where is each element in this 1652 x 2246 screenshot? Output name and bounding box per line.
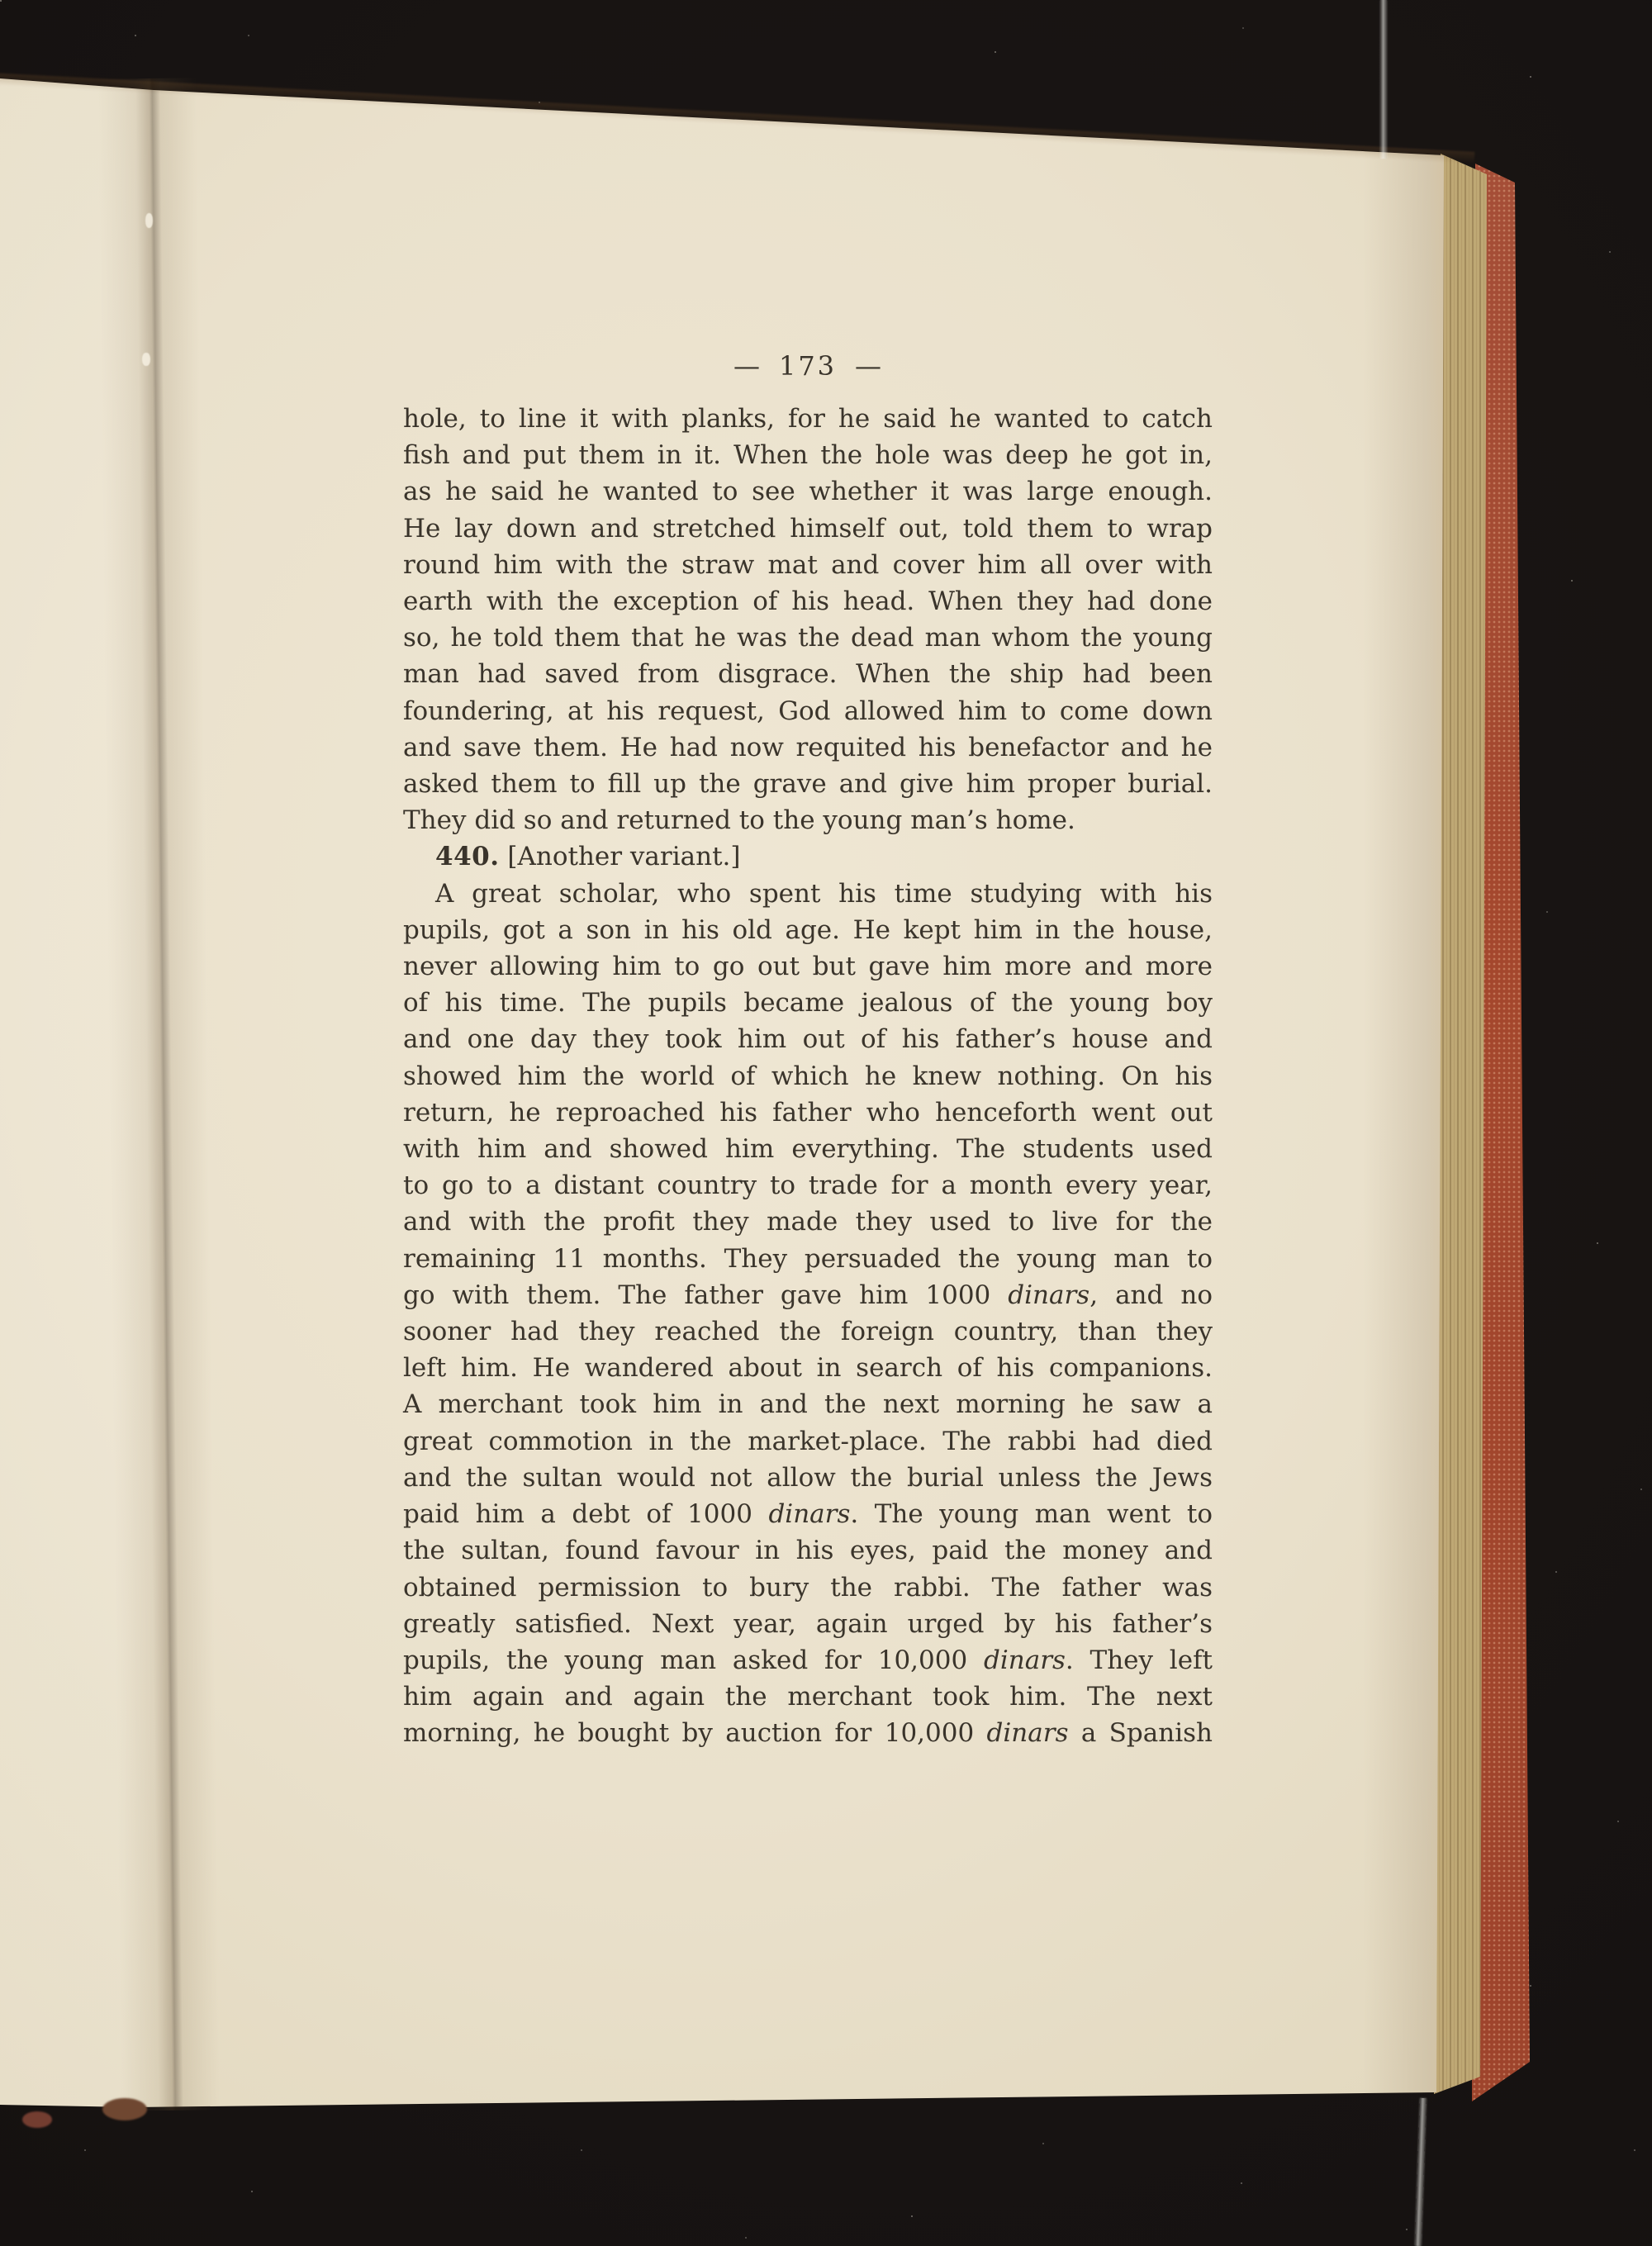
text-line: great commotion in the market-place. The… — [403, 1423, 1213, 1460]
text-line: greatly satisfied. Next year, again urge… — [403, 1606, 1213, 1642]
text-line: fish and put them in it. When the hole w… — [403, 437, 1213, 473]
text-segment: and the sultan would not allow the buria… — [403, 1463, 1213, 1493]
text-segment: go with them. The father gave him 1000 — [403, 1280, 1008, 1310]
text-line: sooner had they reached the foreign coun… — [403, 1313, 1213, 1350]
text-segment: return, he reproached his father who hen… — [403, 1098, 1213, 1128]
text-segment: and save them. He had now requited his b… — [403, 733, 1213, 762]
text-line: They did so and returned to the young ma… — [403, 802, 1213, 838]
text-segment: left him. He wandered about in search of… — [403, 1353, 1213, 1383]
text-segment: morning, he bought by auction for 10,000 — [403, 1718, 987, 1748]
text-line: A great scholar, who spent his time stud… — [403, 876, 1213, 912]
text-segment: showed him the world of which he knew no… — [403, 1061, 1213, 1091]
text-segment: sooner had they reached the foreign coun… — [403, 1317, 1213, 1346]
text-line: morning, he bought by auction for 10,000… — [403, 1715, 1213, 1751]
binding-tailband — [102, 2098, 147, 2120]
header-dash-left: — — [733, 350, 761, 382]
text-segment: round him with the straw mat and cover h… — [403, 550, 1213, 580]
text-line: pupils, the young man asked for 10,000 d… — [403, 1642, 1213, 1679]
text-line: to go to a distant country to trade for … — [403, 1167, 1213, 1204]
page-holder-strip-top — [1380, 0, 1387, 159]
text-line: A merchant took him in and the next morn… — [403, 1386, 1213, 1422]
text-line: hole, to line it with planks, for he sai… — [403, 401, 1213, 437]
text-segment: pupils, got a son in his old age. He kep… — [403, 915, 1213, 945]
text-line: showed him the world of which he knew no… — [403, 1058, 1213, 1095]
header-dash-right: — — [855, 350, 882, 382]
text-line: and one day they took him out of his fat… — [403, 1021, 1213, 1057]
text-line: remaining 11 months. They persuaded the … — [403, 1241, 1213, 1277]
text-segment: man had saved from disgrace. When the sh… — [403, 659, 1213, 689]
text-segment: asked them to fill up the grave and give… — [403, 769, 1213, 799]
text-line: left him. He wandered about in search of… — [403, 1350, 1213, 1386]
binding-thread — [145, 213, 153, 228]
text-line: go with them. The father gave him 1000 d… — [403, 1277, 1213, 1313]
text-segment: A great scholar, who spent his time stud… — [435, 879, 1213, 909]
text-segment: obtained permission to bury the rabbi. T… — [403, 1573, 1213, 1603]
text-line: return, he reproached his father who hen… — [403, 1095, 1213, 1131]
text-segment: fish and put them in it. When the hole w… — [403, 440, 1213, 470]
text-line: round him with the straw mat and cover h… — [403, 547, 1213, 583]
text-segment: and with the profit they made they used … — [403, 1207, 1213, 1237]
text-line: man had saved from disgrace. When the sh… — [403, 656, 1213, 692]
text-line: paid him a debt of 1000 dinars. The youn… — [403, 1496, 1213, 1532]
dust-specks — [0, 0, 2, 2]
text-segment: dinars — [987, 1718, 1069, 1748]
text-line: and the sultan would not allow the buria… — [403, 1460, 1213, 1496]
text-segment: hole, to line it with planks, for he sai… — [403, 404, 1213, 434]
text-line: so, he told them that he was the dead ma… — [403, 620, 1213, 656]
text-segment: a Spanish — [1068, 1718, 1213, 1748]
text-segment: with him and showed him everything. The … — [403, 1134, 1213, 1164]
text-line: and save them. He had now requited his b… — [403, 729, 1213, 766]
text-line: him again and again the merchant took hi… — [403, 1679, 1213, 1715]
text-block: hole, to line it with planks, for he sai… — [403, 401, 1213, 1752]
text-line: and with the profit they made they used … — [403, 1204, 1213, 1240]
text-line: the sultan, found favour in his eyes, pa… — [403, 1532, 1213, 1569]
text-segment: greatly satisfied. Next year, again urge… — [403, 1609, 1213, 1639]
text-line: with him and showed him everything. The … — [403, 1131, 1213, 1167]
text-segment: dinars — [1008, 1280, 1089, 1310]
text-line: of his time. The pupils became jealous o… — [403, 985, 1213, 1021]
text-line: asked them to fill up the grave and give… — [403, 766, 1213, 802]
binding-thread — [142, 353, 150, 366]
text-segment: [Another variant.] — [500, 842, 741, 871]
page-number-header: —173— — [403, 350, 1213, 382]
text-line: 440. [Another variant.] — [403, 838, 1213, 875]
text-line: foundering, at his request, God allowed … — [403, 693, 1213, 729]
text-segment: dinars — [984, 1645, 1066, 1675]
text-segment: , and no — [1089, 1280, 1213, 1310]
binding-tailband — [22, 2111, 52, 2128]
text-segment: . The young man went to — [850, 1499, 1213, 1529]
text-segment: the sultan, found favour in his eyes, pa… — [403, 1536, 1213, 1565]
text-segment: pupils, the young man asked for 10,000 — [403, 1645, 984, 1675]
text-segment: great commotion in the market-place. The… — [403, 1427, 1213, 1456]
text-segment: They did so and returned to the young ma… — [403, 805, 1075, 835]
text-line: earth with the exception of his head. Wh… — [403, 583, 1213, 620]
text-segment: of his time. The pupils became jealous o… — [403, 988, 1213, 1018]
text-segment: foundering, at his request, God allowed … — [403, 696, 1213, 726]
text-line: pupils, got a son in his old age. He kep… — [403, 912, 1213, 948]
text-segment: never allowing him to go out but gave hi… — [403, 952, 1213, 981]
text-segment: . They left — [1066, 1645, 1213, 1675]
text-segment: paid him a debt of 1000 — [403, 1499, 768, 1529]
text-segment: dinars — [768, 1499, 850, 1529]
text-segment: to go to a distant country to trade for … — [403, 1170, 1213, 1200]
text-segment: remaining 11 months. They persuaded the … — [403, 1244, 1213, 1274]
book-scan-photo: —173— hole, to line it with planks, for … — [0, 0, 1652, 2246]
text-segment: earth with the exception of his head. Wh… — [403, 586, 1213, 616]
text-segment: He lay down and stretched himself out, t… — [403, 514, 1213, 544]
page-holder-strip-bottom — [1415, 2098, 1427, 2246]
text-segment: and one day they took him out of his fat… — [403, 1024, 1213, 1054]
text-segment: so, he told them that he was the dead ma… — [403, 623, 1213, 653]
text-line: He lay down and stretched himself out, t… — [403, 510, 1213, 547]
text-line: never allowing him to go out but gave hi… — [403, 948, 1213, 985]
text-segment: as he said he wanted to see whether it w… — [403, 477, 1213, 506]
text-line: as he said he wanted to see whether it w… — [403, 473, 1213, 510]
text-segment: him again and again the merchant took hi… — [403, 1682, 1213, 1712]
page-number: 173 — [779, 350, 837, 382]
text-segment: 440. — [435, 842, 500, 871]
text-segment: A merchant took him in and the next morn… — [403, 1389, 1213, 1419]
text-line: obtained permission to bury the rabbi. T… — [403, 1569, 1213, 1606]
